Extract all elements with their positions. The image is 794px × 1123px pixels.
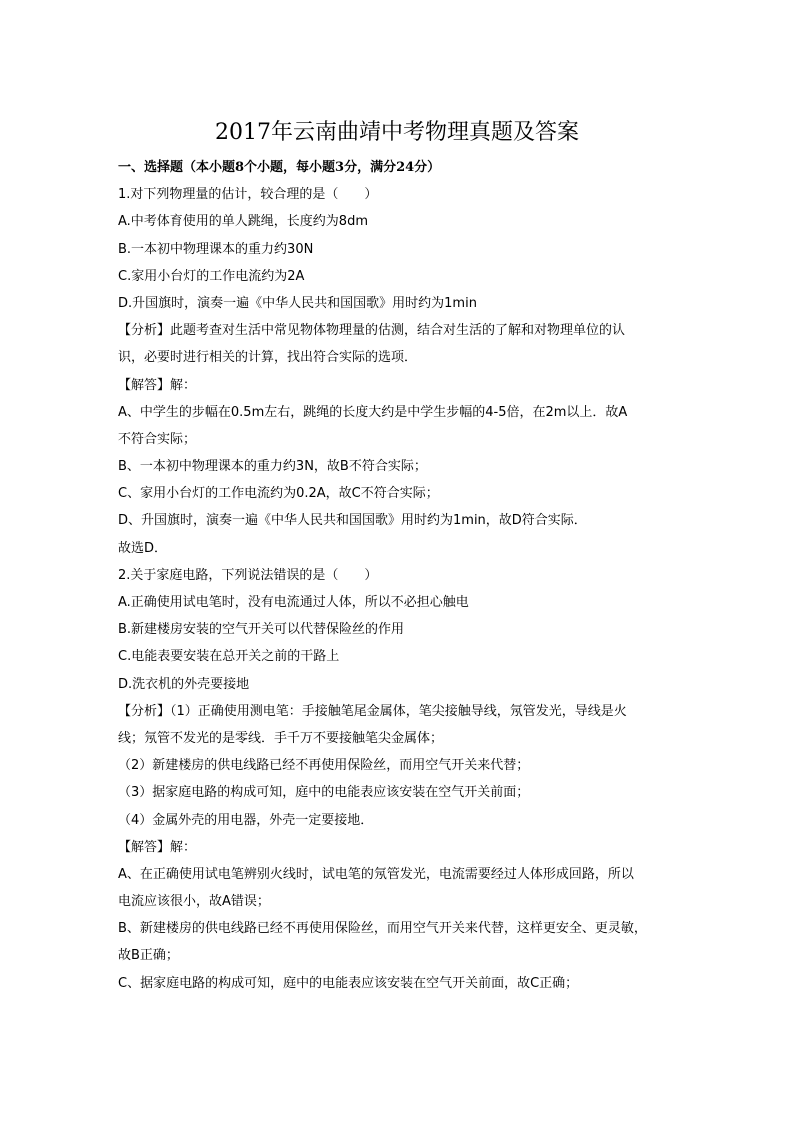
document-page: 2017年云南曲靖中考物理真题及答案 一、选择题（本小题8个小题，每小题3分，满… bbox=[0, 0, 794, 1123]
question-2-analysis: 【分析】（1）正确使用测电笔：手接触笔尾金属体，笔尖接触导线，氖管发光，导线是火 bbox=[118, 698, 688, 725]
question-2-analysis-2: （2）新建楼房的供电线路已经不再使用保险丝，而用空气开关来代替； bbox=[118, 752, 688, 779]
question-2-option-d: D.洗衣机的外壳要接地 bbox=[118, 671, 688, 698]
question-2-answer-b-cont: 故B正确； bbox=[118, 942, 688, 969]
question-1-option-a: A.中考体育使用的单人跳绳，长度约为8dm bbox=[118, 208, 688, 235]
question-1-answer-a: A、中学生的步幅在0.5m左右，跳绳的长度大约是中学生步幅的4-5倍，在2m以上… bbox=[118, 399, 688, 426]
question-2-stem: 2.关于家庭电路，下列说法错误的是（ ） bbox=[118, 562, 688, 589]
question-1-choice: 故选D． bbox=[118, 535, 688, 562]
question-2-answer-b: B、新建楼房的供电线路已经不再使用保险丝，而用空气开关来代替，这样更安全、更灵敏… bbox=[118, 915, 688, 942]
question-1-answer-d: D、升国旗时，演奏一遍《中华人民共和国国歌》用时约为1min，故D符合实际． bbox=[118, 507, 688, 534]
question-2-analysis-4: （4）金属外壳的用电器，外壳一定要接地． bbox=[118, 807, 688, 834]
question-2-answer-c: C、据家庭电路的构成可知，庭中的电能表应该安装在空气开关前面，故C正确； bbox=[118, 970, 688, 997]
question-1-option-c: C.家用小台灯的工作电流约为2A bbox=[118, 263, 688, 290]
question-2-answer-a-cont: 电流应该很小，故A错误； bbox=[118, 888, 688, 915]
question-2-answer-a: A、在正确使用试电笔辨别火线时，试电笔的氖管发光，电流需要经过人体形成回路，所以 bbox=[118, 861, 688, 888]
question-1-answer-c: C、家用小台灯的工作电流约为0.2A，故C不符合实际； bbox=[118, 480, 688, 507]
question-1-analysis: 【分析】此题考查对生活中常见物体物理量的估测，结合对生活的了解和对物理单位的认 bbox=[118, 317, 688, 344]
question-1-answer-b: B、一本初中物理课本的重力约3N，故B不符合实际； bbox=[118, 453, 688, 480]
question-1-answer-label: 【解答】解： bbox=[118, 372, 688, 399]
question-2-option-b: B.新建楼房安装的空气开关可以代替保险丝的作用 bbox=[118, 616, 688, 643]
question-2-option-c: C.电能表要安装在总开关之前的干路上 bbox=[118, 643, 688, 670]
question-2-analysis-cont: 线；氖管不发光的是零线．手千万不要接触笔尖金属体； bbox=[118, 725, 688, 752]
document-body: 一、选择题（本小题8个小题，每小题3分，满分24分） 1.对下列物理量的估计，较… bbox=[118, 154, 688, 997]
question-2-answer-label: 【解答】解： bbox=[118, 834, 688, 861]
section-header: 一、选择题（本小题8个小题，每小题3分，满分24分） bbox=[118, 154, 688, 181]
question-2-analysis-3: （3）据家庭电路的构成可知，庭中的电能表应该安装在空气开关前面； bbox=[118, 779, 688, 806]
question-1-analysis-cont: 识，必要时进行相关的计算，找出符合实际的选项． bbox=[118, 344, 688, 371]
question-1-stem: 1.对下列物理量的估计，较合理的是（ ） bbox=[118, 181, 688, 208]
question-1-option-d: D.升国旗时，演奏一遍《中华人民共和国国歌》用时约为1min bbox=[118, 290, 688, 317]
question-2-option-a: A.正确使用试电笔时，没有电流通过人体，所以不必担心触电 bbox=[118, 589, 688, 616]
page-title: 2017年云南曲靖中考物理真题及答案 bbox=[0, 118, 794, 148]
question-1-answer-a-cont: 不符合实际； bbox=[118, 426, 688, 453]
question-1-option-b: B.一本初中物理课本的重力约30N bbox=[118, 236, 688, 263]
